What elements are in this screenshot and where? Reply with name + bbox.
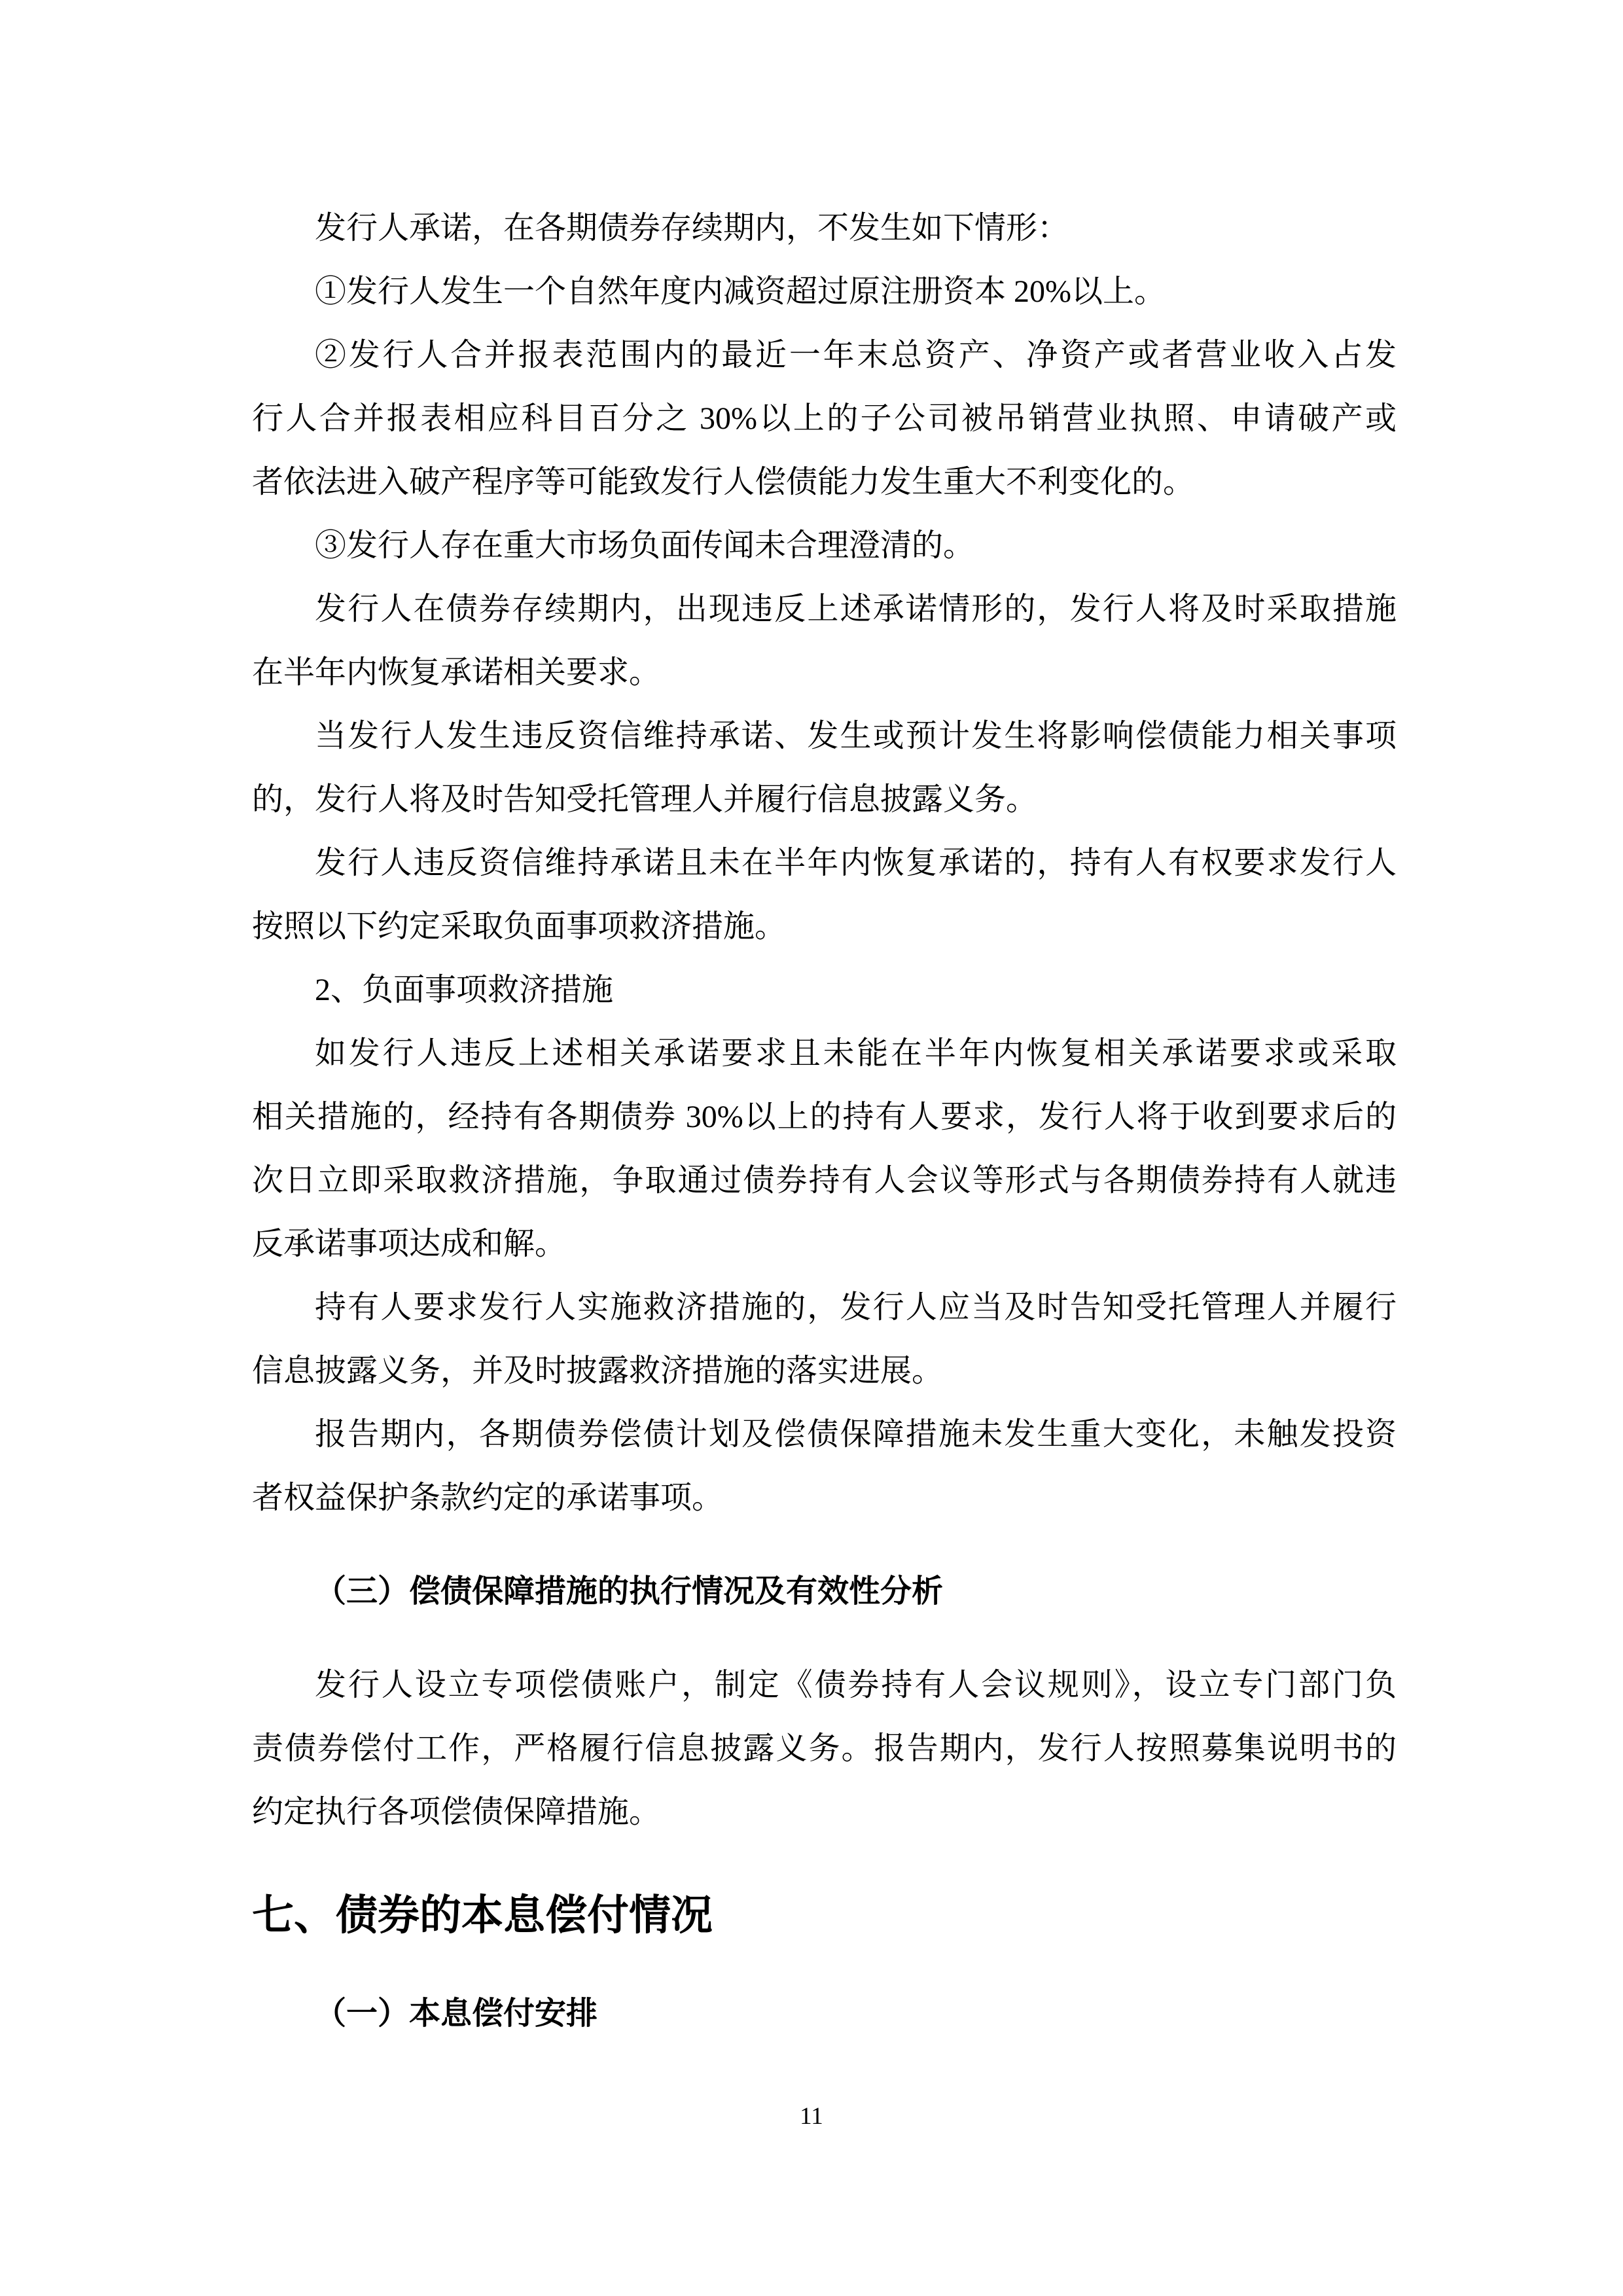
text-line: 者权益保护条款约定的承诺事项。 (252, 1466, 1397, 1530)
paragraph: ②发行人合并报表范围内的最近一年末总资产、净资产或者营业收入占发行人合并报表相应… (252, 323, 1397, 514)
text-line: 如发行人违反上述相关承诺要求且未能在半年内恢复相关承诺要求或采取 (252, 1022, 1397, 1085)
text-line: 约定执行各项偿债保障措施。 (252, 1780, 1397, 1844)
text-line: ①发行人发生一个自然年度内减资超过原注册资本 20%以上。 (252, 260, 1397, 323)
paragraph: 如发行人违反上述相关承诺要求且未能在半年内恢复相关承诺要求或采取相关措施的，经持… (252, 1022, 1397, 1276)
text-line: 七、债券的本息偿付情况 (252, 1880, 1397, 1952)
text-line: 的，发行人将及时告知受托管理人并履行信息披露义务。 (252, 768, 1397, 831)
text-line: 相关措施的，经持有各期债券 30%以上的持有人要求，发行人将于收到要求后的 (252, 1085, 1397, 1149)
paragraph: 报告期内，各期债券偿债计划及偿债保障措施未发生重大变化，未触发投资者权益保护条款… (252, 1403, 1397, 1530)
text-line: （一）本息偿付安排 (252, 1982, 1397, 2045)
text-line: 在半年内恢复承诺相关要求。 (252, 641, 1397, 704)
text-line: 持有人要求发行人实施救济措施的，发行人应当及时告知受托管理人并履行 (252, 1276, 1397, 1339)
text-line: 责债券偿付工作，严格履行信息披露义务。报告期内，发行人按照募集说明书的 (252, 1717, 1397, 1780)
section-heading: （三）偿债保障措施的执行情况及有效性分析 (252, 1560, 1397, 1623)
text-line: 发行人承诺，在各期债券存续期内，不发生如下情形： (252, 196, 1397, 260)
chapter-heading: 七、债券的本息偿付情况 (252, 1880, 1397, 1952)
paragraph: ①发行人发生一个自然年度内减资超过原注册资本 20%以上。 (252, 260, 1397, 323)
text-line: 行人合并报表相应科目百分之 30%以上的子公司被吊销营业执照、申请破产或 (252, 387, 1397, 450)
page-number: 11 (0, 2102, 1623, 2131)
paragraph: 2、负面事项救济措施 (252, 958, 1397, 1022)
paragraph: 发行人违反资信维持承诺且未在半年内恢复承诺的，持有人有权要求发行人按照以下约定采… (252, 831, 1397, 958)
paragraph: 当发行人发生违反资信维持承诺、发生或预计发生将影响偿债能力相关事项的，发行人将及… (252, 704, 1397, 831)
text-line: 反承诺事项达成和解。 (252, 1212, 1397, 1276)
document-page: 发行人承诺，在各期债券存续期内，不发生如下情形：①发行人发生一个自然年度内减资超… (0, 0, 1623, 2296)
paragraph: 发行人在债券存续期内，出现违反上述承诺情形的，发行人将及时采取措施在半年内恢复承… (252, 577, 1397, 704)
paragraph: 发行人设立专项偿债账户，制定《债券持有人会议规则》，设立专门部门负责债券偿付工作… (252, 1653, 1397, 1844)
section-heading: （一）本息偿付安排 (252, 1982, 1397, 2045)
text-line: 次日立即采取救济措施，争取通过债券持有人会议等形式与各期债券持有人就违 (252, 1149, 1397, 1212)
text-line: 发行人在债券存续期内，出现违反上述承诺情形的，发行人将及时采取措施 (252, 577, 1397, 641)
text-line: 2、负面事项救济措施 (252, 958, 1397, 1022)
text-line: 信息披露义务，并及时披露救济措施的落实进展。 (252, 1339, 1397, 1403)
paragraph: ③发行人存在重大市场负面传闻未合理澄清的。 (252, 514, 1397, 577)
document-content: 发行人承诺，在各期债券存续期内，不发生如下情形：①发行人发生一个自然年度内减资超… (252, 196, 1397, 2045)
text-line: 当发行人发生违反资信维持承诺、发生或预计发生将影响偿债能力相关事项 (252, 704, 1397, 768)
text-line: （三）偿债保障措施的执行情况及有效性分析 (252, 1560, 1397, 1623)
text-line: 发行人设立专项偿债账户，制定《债券持有人会议规则》，设立专门部门负 (252, 1653, 1397, 1717)
text-line: 报告期内，各期债券偿债计划及偿债保障措施未发生重大变化，未触发投资 (252, 1403, 1397, 1466)
text-line: ②发行人合并报表范围内的最近一年末总资产、净资产或者营业收入占发 (252, 323, 1397, 387)
paragraph: 发行人承诺，在各期债券存续期内，不发生如下情形： (252, 196, 1397, 260)
text-line: 者依法进入破产程序等可能致发行人偿债能力发生重大不利变化的。 (252, 450, 1397, 514)
text-line: 按照以下约定采取负面事项救济措施。 (252, 895, 1397, 958)
paragraph: 持有人要求发行人实施救济措施的，发行人应当及时告知受托管理人并履行信息披露义务，… (252, 1276, 1397, 1403)
text-line: 发行人违反资信维持承诺且未在半年内恢复承诺的，持有人有权要求发行人 (252, 831, 1397, 895)
text-line: ③发行人存在重大市场负面传闻未合理澄清的。 (252, 514, 1397, 577)
